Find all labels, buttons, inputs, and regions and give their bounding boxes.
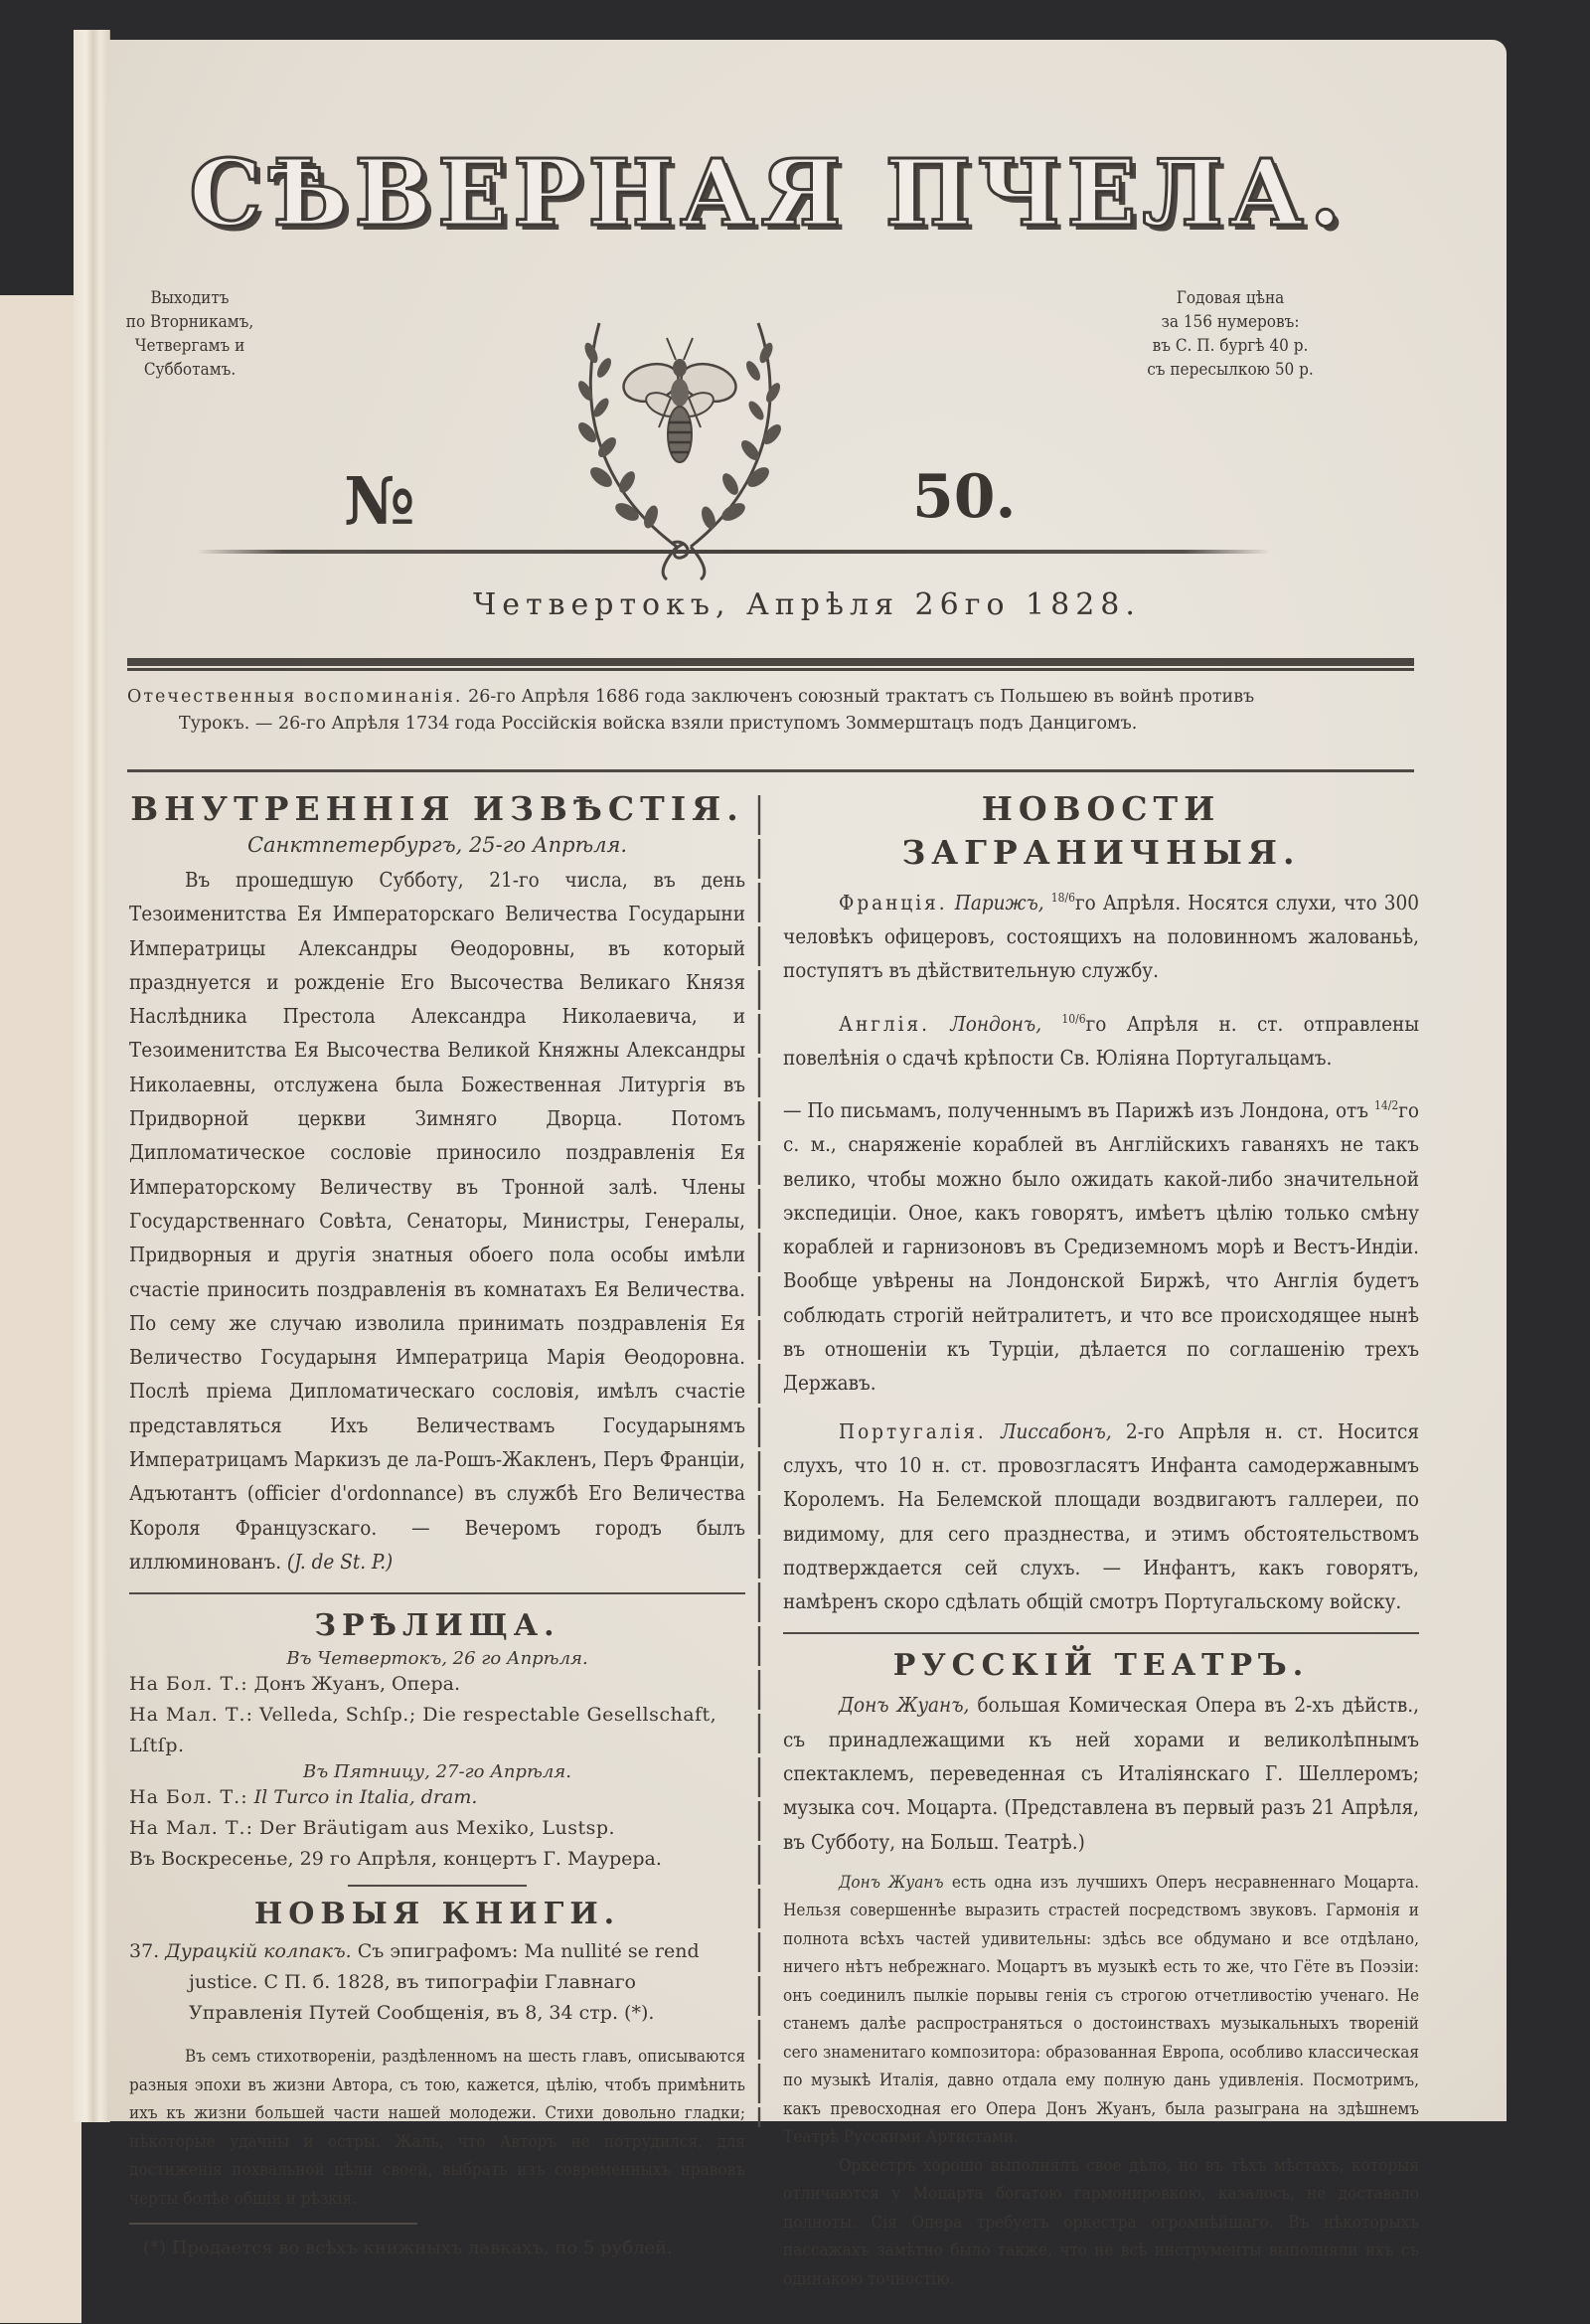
left-column: ВНУТРЕННІЯ ИЗВѢСТІЯ. Санктпетербургъ, 25… bbox=[129, 787, 745, 2262]
price-line: за 156 нумеровъ: bbox=[1141, 310, 1320, 334]
schedule-line: по Вторникамъ, bbox=[115, 310, 264, 334]
section-rule bbox=[129, 1592, 745, 1594]
issue-number: 50. bbox=[912, 462, 1016, 532]
news-france: Франція. Парижъ, 18/6го Апрѣля. Носятся … bbox=[783, 881, 1419, 988]
listing-item: На Мал. Т.: Der Bräutigam aus Mexiko, Lu… bbox=[129, 1813, 745, 1844]
book-entry: 37. Дурацкій колпакъ. Съ эпиграфомъ: Ma … bbox=[129, 1936, 745, 2029]
spectacles-heading: ЗРѢЛИЩА. bbox=[129, 1604, 745, 1648]
column-divider bbox=[753, 795, 765, 2127]
listing-item: На Бол. Т.: Il Turco in Italia, dram. bbox=[129, 1782, 745, 1813]
article-text: Въ прошедшую Субботу, 21-го числа, въ де… bbox=[129, 868, 745, 1574]
schedule-line: Четвергамъ и bbox=[115, 334, 264, 358]
memorial-text-2: Турокъ. — 26-го Апрѣля 1734 года Россійс… bbox=[127, 711, 1414, 738]
russian-theatre-heading: РУССКІЙ ТЕАТРЪ. bbox=[783, 1644, 1419, 1688]
subscription-price: Годовая цѣна за 156 нумеровъ: въ С. П. б… bbox=[1141, 286, 1320, 382]
publication-schedule: Выходитъ по Вторникамъ, Четвергамъ и Суб… bbox=[115, 286, 264, 382]
theatre-orchestra: Оркестръ хорошо выполнялъ свое дѣло, но … bbox=[783, 2152, 1419, 2294]
internal-news-heading: ВНУТРЕННІЯ ИЗВѢСТІЯ. bbox=[129, 787, 745, 831]
schedule-line: Выходитъ bbox=[115, 286, 264, 310]
book-review: Въ семъ стихотвореніи, раздѣленномъ на ш… bbox=[129, 2043, 745, 2213]
price-line: Годовая цѣна bbox=[1141, 286, 1320, 310]
patriotic-memories: Отечественныя воспоминанія. 26-го Апрѣля… bbox=[127, 684, 1414, 738]
listing-item: На Бол. Т.: Донъ Жуанъ, Опера. bbox=[129, 1669, 745, 1700]
footnote: (*) Продается во всѣхъ книжныхъ лавкахъ,… bbox=[129, 2235, 745, 2262]
spacer bbox=[783, 1075, 1419, 1088]
news-england: Англія. Лондонъ, 10/6го Апрѣля н. ст. от… bbox=[783, 1002, 1419, 1075]
newspaper-page: СѢВЕРНАЯ ПЧЕЛА. Выходитъ по Вторникамъ, … bbox=[107, 40, 1507, 2121]
double-rule-divider bbox=[127, 658, 1414, 671]
listing-item: На Мал. Т.: Velleda, Schſp.; Die respect… bbox=[129, 1700, 745, 1761]
spacer bbox=[783, 1401, 1419, 1414]
masthead-rule bbox=[197, 550, 1270, 554]
new-books-heading: НОВЫЯ КНИГИ. bbox=[129, 1893, 745, 1936]
theatre-review: Донъ Жуанъ есть одна изъ лучшихъ Оперъ н… bbox=[783, 1869, 1419, 2152]
spacer bbox=[783, 988, 1419, 1002]
section-rule bbox=[783, 1632, 1419, 1634]
listing-item: Въ Воскресенье, 29 го Апрѣля, концертъ Г… bbox=[129, 1844, 745, 1875]
number-sign: № bbox=[344, 462, 415, 540]
article-source: (J. de St. P.) bbox=[287, 1550, 393, 1574]
footnote-rule bbox=[129, 2223, 417, 2225]
spectacles-day2: Въ Пятницу, 27-го Апрѣля. bbox=[129, 1761, 745, 1782]
price-line: въ С. П. бургѣ 40 р. bbox=[1141, 334, 1320, 358]
internal-news-dateline: Санктпетербургъ, 25-го Апрѣля. bbox=[129, 833, 745, 857]
news-portugal: Португалія. Лиссабонъ, 2-го Апрѣля н. ст… bbox=[783, 1414, 1419, 1619]
news-letters: — По письмамъ, полученнымъ въ Парижѣ изъ… bbox=[783, 1088, 1419, 1401]
theatre-intro: Донъ Жуанъ, большая Комическая Опера въ … bbox=[783, 1688, 1419, 1858]
schedule-line: Субботамъ. bbox=[115, 358, 264, 382]
issue-dateline: Четвертокъ, Апрѣля 26го 1828. bbox=[107, 587, 1507, 622]
section-rule bbox=[127, 769, 1414, 772]
internal-news-article: Въ прошедшую Субботу, 21-го числа, въ де… bbox=[129, 863, 745, 1578]
foreign-news-heading: НОВОСТИ ЗАГРАНИЧНЫЯ. bbox=[783, 787, 1419, 875]
book-spine-fold bbox=[74, 30, 110, 2122]
short-rule bbox=[348, 1885, 527, 1887]
book-title: Дурацкій колпакъ. bbox=[165, 1940, 351, 1962]
price-line: съ пересылкою 50 р. bbox=[1141, 358, 1320, 382]
newspaper-title: СѢВЕРНАЯ ПЧЕЛА. bbox=[177, 139, 1359, 247]
spacer bbox=[129, 2029, 745, 2043]
right-column: НОВОСТИ ЗАГРАНИЧНЫЯ. Франція. Парижъ, 18… bbox=[783, 787, 1419, 2293]
memorial-lead: Отечественныя воспоминанія. bbox=[127, 687, 463, 707]
underlying-page bbox=[0, 295, 81, 2323]
spectacles-day1: Въ Четвертокъ, 26 го Апрѣля. bbox=[129, 1648, 745, 1669]
spacer bbox=[783, 1859, 1419, 1869]
memorial-text: 26-го Апрѣля 1686 года заключенъ союзный… bbox=[463, 687, 1255, 707]
bee-wreath-emblem-icon bbox=[559, 313, 808, 581]
